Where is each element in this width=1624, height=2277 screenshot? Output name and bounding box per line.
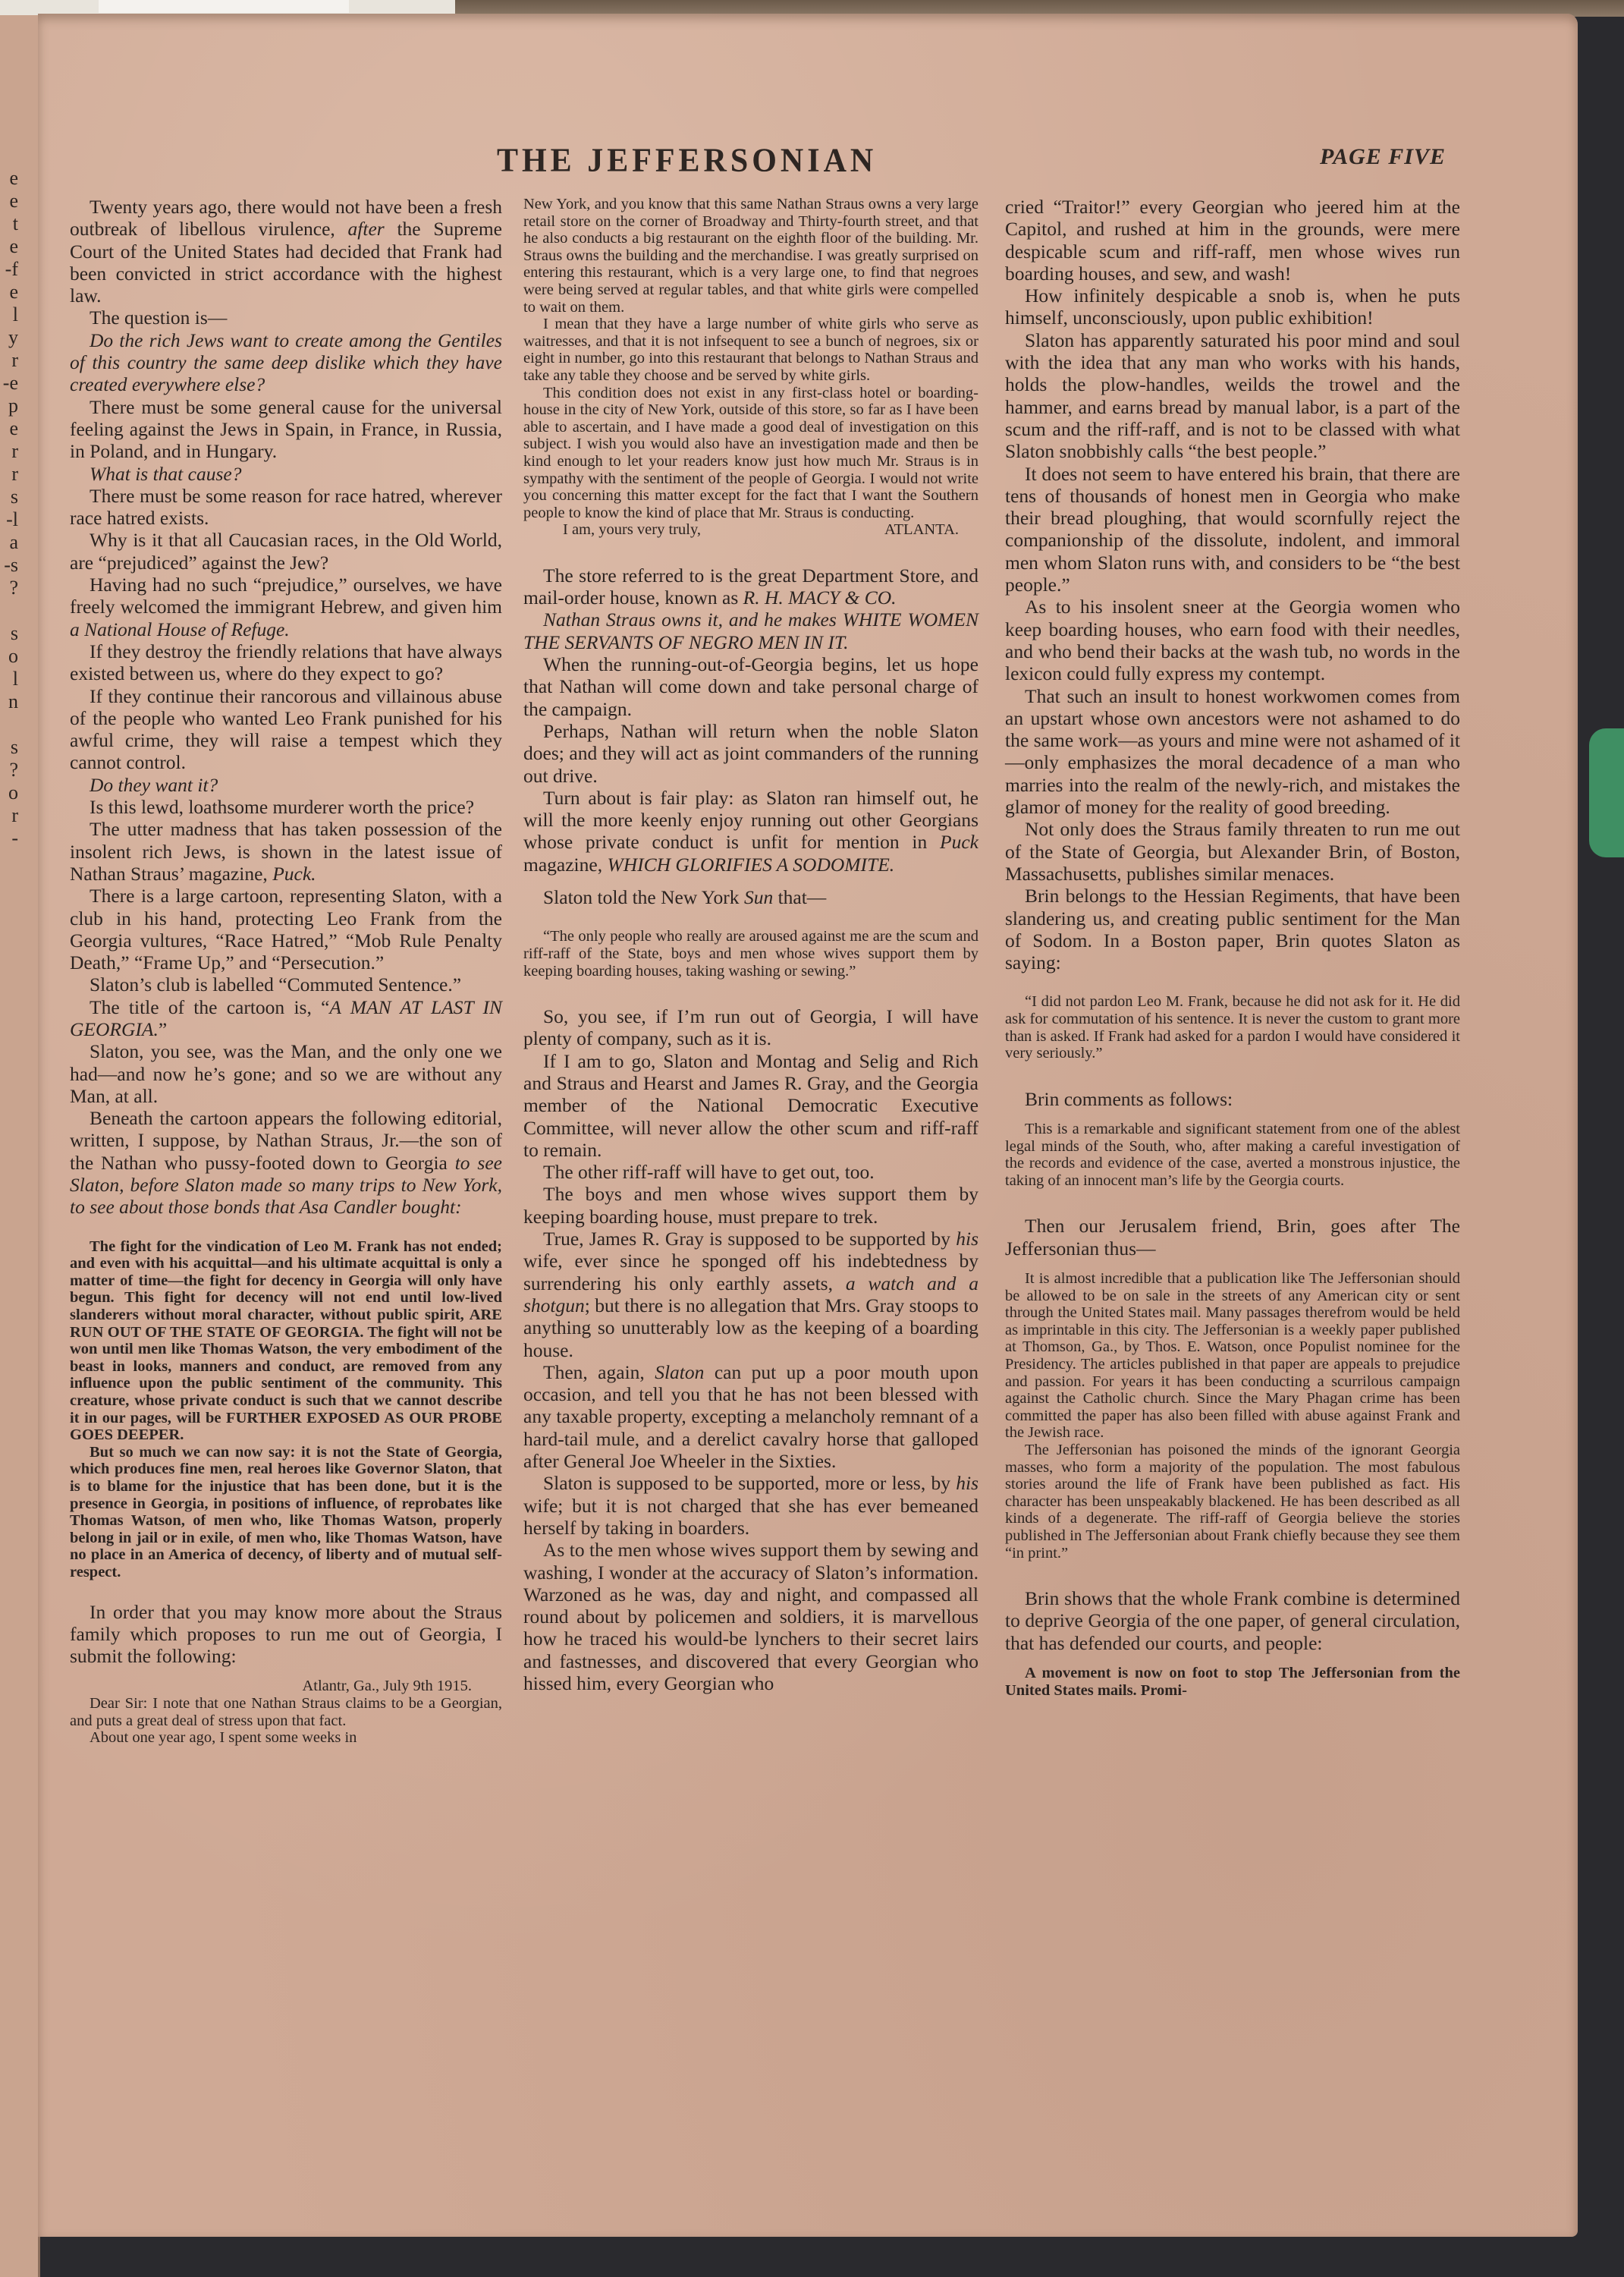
paragraph: Slaton is supposed to be supported, more… xyxy=(523,1472,978,1539)
paragraph-italic: Do the rich Jews want to create among th… xyxy=(70,329,502,396)
letter-dateline: Atlantr, Ga., July 9th 1915. xyxy=(70,1678,502,1695)
paragraph: There must be some reason for race hatre… xyxy=(70,485,502,530)
letter-signature: ATLANTA. xyxy=(865,521,959,539)
column-1: Twenty years ago, there would not have b… xyxy=(70,196,502,1747)
publication-masthead: THE JEFFERSONIAN xyxy=(497,142,877,180)
quoted-statement: “The only people who really are aroused … xyxy=(523,928,978,980)
paragraph: Beneath the cartoon appears the followin… xyxy=(70,1107,502,1218)
quoted-comment: This is a remarkable and significant sta… xyxy=(1005,1121,1460,1189)
paragraph: If they continue their rancorous and vil… xyxy=(70,685,502,774)
column-2: New York, and you know that this same Na… xyxy=(523,196,978,1694)
paragraph: The boys and men whose wives support the… xyxy=(523,1183,978,1228)
letter-closing: I am, yours very truly, xyxy=(543,521,701,539)
paragraph: It does not seem to have entered his bra… xyxy=(1005,463,1460,596)
paragraph: When the running-out-of-Georgia begins, … xyxy=(523,653,978,720)
green-bookmark-tab xyxy=(1589,728,1624,857)
paragraph: The utter madness that has taken possess… xyxy=(70,818,502,885)
paragraph: As to the men whose wives support them b… xyxy=(523,1539,978,1694)
letter-paragraph: Dear Sir: I note that one Nathan Straus … xyxy=(70,1695,502,1729)
paragraph: There is a large cartoon, representing S… xyxy=(70,885,502,973)
paragraph: Slaton told the New York Sun that— xyxy=(523,886,978,908)
paragraph: If they destroy the friendly relations t… xyxy=(70,640,502,685)
quoted-comment: A movement is now on foot to stop The Je… xyxy=(1005,1665,1460,1699)
paragraph: Then our Jerusalem friend, Brin, goes af… xyxy=(1005,1215,1460,1260)
paragraph: True, James R. Gray is supposed to be su… xyxy=(523,1228,978,1361)
paragraph: Why is it that all Caucasian races, in t… xyxy=(70,529,502,574)
letter-paragraph: I mean that they have a large number of … xyxy=(523,316,978,384)
previous-page-edge: e e t e -f e l y r -e p e r r s -l a -s … xyxy=(0,15,40,2277)
paragraph: As to his insolent sneer at the Georgia … xyxy=(1005,596,1460,684)
paragraph: Then, again, Slaton can put up a poor mo… xyxy=(523,1361,978,1472)
paragraph: Slaton has apparently saturated his poor… xyxy=(1005,329,1460,463)
quoted-editorial: The fight for the vindication of Leo M. … xyxy=(70,1238,502,1444)
paragraph: Slaton’s club is labelled “Commuted Sent… xyxy=(70,973,502,995)
paragraph: Twenty years ago, there would not have b… xyxy=(70,196,502,307)
paragraph: That such an insult to honest workwomen … xyxy=(1005,685,1460,819)
paragraph: Perhaps, Nathan will return when the nob… xyxy=(523,720,978,787)
paragraph: The other riff-raff will have to get out… xyxy=(523,1161,978,1183)
letter-paragraph: About one year ago, I spent some weeks i… xyxy=(70,1729,502,1747)
paragraph: If I am to go, Slaton and Montag and Sel… xyxy=(523,1050,978,1161)
paragraph: Slaton, you see, was the Man, and the on… xyxy=(70,1040,502,1107)
paragraph: There must be some general cause for the… xyxy=(70,396,502,463)
letter-signoff: I am, yours very truly, ATLANTA. xyxy=(523,521,978,539)
quoted-statement: “I did not pardon Leo M. Frank, because … xyxy=(1005,993,1460,1061)
paragraph: So, you see, if I’m run out of Georgia, … xyxy=(523,1005,978,1050)
letter-paragraph: New York, and you know that this same Na… xyxy=(523,196,978,316)
index-tab-label xyxy=(99,0,349,13)
paragraph-italic: Nathan Straus owns it, and he makes WHIT… xyxy=(523,609,978,653)
paragraph: In order that you may know more about th… xyxy=(70,1601,502,1668)
paragraph: The question is— xyxy=(70,307,502,329)
column-3: cried “Traitor!” every Georgian who jeer… xyxy=(1005,196,1460,1699)
paragraph: How infinitely despicable a snob is, whe… xyxy=(1005,285,1460,329)
paragraph: Brin shows that the whole Frank combine … xyxy=(1005,1587,1460,1654)
letter-paragraph: This condition does not exist in any fir… xyxy=(523,385,978,522)
paragraph: cried “Traitor!” every Georgian who jeer… xyxy=(1005,196,1460,285)
paragraph: Turn about is fair play: as Slaton ran h… xyxy=(523,787,978,876)
quoted-editorial: But so much we can now say: it is not th… xyxy=(70,1444,502,1581)
previous-page-text-fragment: e e t e -f e l y r -e p e r r s -l a -s … xyxy=(2,167,18,850)
paragraph: Not only does the Straus family threaten… xyxy=(1005,818,1460,885)
paragraph: The title of the cartoon is, “A MAN AT L… xyxy=(70,996,502,1041)
quoted-comment: The Jeffersonian has poisoned the minds … xyxy=(1005,1442,1460,1562)
page-number: PAGE FIVE xyxy=(1320,144,1446,170)
paragraph: The store referred to is the great Depar… xyxy=(523,565,978,609)
quoted-comment: It is almost incredible that a publicati… xyxy=(1005,1270,1460,1442)
paragraph-italic: What is that cause? xyxy=(70,463,502,485)
paragraph: Is this lewd, loathsome murderer worth t… xyxy=(70,796,502,818)
paragraph-italic: Do they want it? xyxy=(70,774,502,796)
paragraph: Having had no such “prejudice,” ourselve… xyxy=(70,574,502,640)
paragraph: Brin comments as follows: xyxy=(1005,1088,1460,1110)
paragraph: Brin belongs to the Hessian Regiments, t… xyxy=(1005,885,1460,973)
